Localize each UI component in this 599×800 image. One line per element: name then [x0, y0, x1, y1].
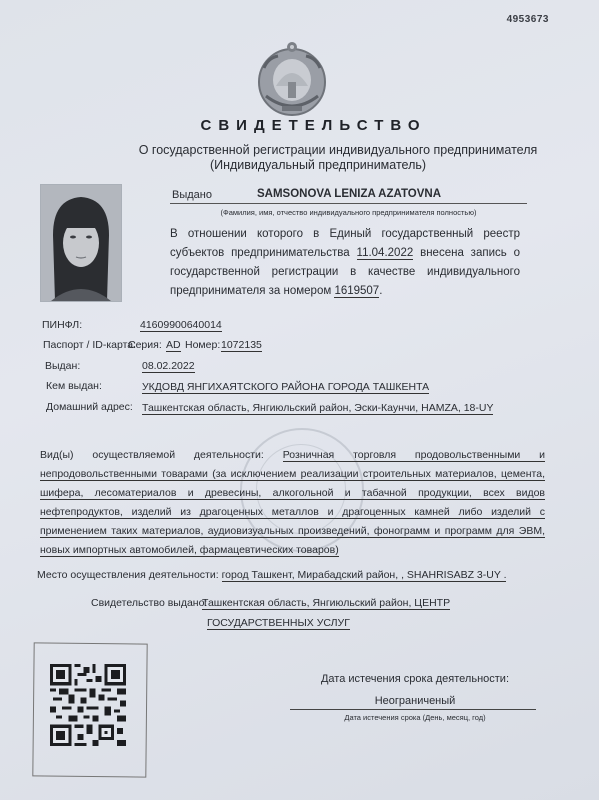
activity-label: Вид(ы) осуществляемой деятельности:: [40, 449, 283, 461]
place-label: Место осуществления деятельности:: [37, 569, 222, 581]
series-label: Серия:: [128, 339, 162, 351]
document-title: СВИДЕТЕЛЬСТВО: [0, 117, 599, 134]
portrait-photo: [40, 184, 122, 302]
home-address-label: Домашний адрес:: [46, 401, 133, 413]
name-underline: [170, 203, 527, 204]
activity-types: Вид(ы) осуществляемой деятельности: Розн…: [40, 446, 545, 560]
activity-value: Розничная торговля продовольственными и …: [40, 449, 545, 557]
issued-date-label: Выдан:: [45, 360, 80, 372]
pinfl-label: ПИНФЛ:: [42, 319, 82, 331]
registration-statement: В отношении которого в Единый государств…: [170, 225, 520, 301]
certificate-issued-value-line1: Ташкентская область, Янгиюльский район, …: [202, 597, 450, 610]
expiry-underline: [290, 709, 536, 710]
expiry-caption: Дата истечения срока (День, месяц, год): [290, 713, 540, 722]
expiry-value: Неограниченый: [290, 695, 540, 707]
home-address-value: Ташкентская область, Янгиюльский район, …: [142, 402, 493, 415]
state-emblem-icon: [252, 38, 332, 118]
document-subtitle-type: (Индивидуальный предприниматель): [78, 158, 558, 172]
expiry-label: Дата истечения срока деятельности:: [290, 673, 540, 685]
issued-by-value: УКДОВД ЯНГИХАЯТСКОГО РАЙОНА ГОРОДА ТАШКЕ…: [142, 381, 429, 394]
qr-code-icon: [50, 664, 126, 746]
registration-text-end: .: [379, 285, 382, 297]
series-value: AD: [166, 339, 181, 352]
passport-label: Паспорт / ID-карта:: [43, 339, 136, 351]
issued-by-label: Кем выдан:: [46, 380, 102, 392]
activity-place: Место осуществления деятельности: город …: [37, 569, 506, 581]
passport-number-label: Номер:: [185, 339, 220, 351]
issued-to-label: Выдано: [172, 189, 212, 201]
certificate-issued-label: Свидетельство выдано:: [91, 597, 207, 609]
holder-full-name: SAMSONOVA LENIZA AZATOVNA: [257, 188, 441, 200]
pinfl-value: 41609900640014: [140, 319, 222, 332]
document-subtitle: О государственной регистрации индивидуал…: [78, 143, 598, 157]
place-value: город Ташкент, Мирабадский район, , SHAH…: [222, 569, 507, 582]
certificate-issued-value-line2: ГОСУДАРСТВЕННЫХ УСЛУГ: [207, 617, 350, 630]
registration-date: 11.04.2022: [357, 247, 414, 260]
passport-number-value: 1072135: [221, 339, 262, 352]
issued-date-value: 08.02.2022: [142, 360, 195, 373]
serial-number: 4953673: [507, 14, 549, 25]
registration-number: 1619507: [334, 285, 379, 298]
name-caption: (Фамилия, имя, отчество индивидуального …: [170, 208, 527, 217]
